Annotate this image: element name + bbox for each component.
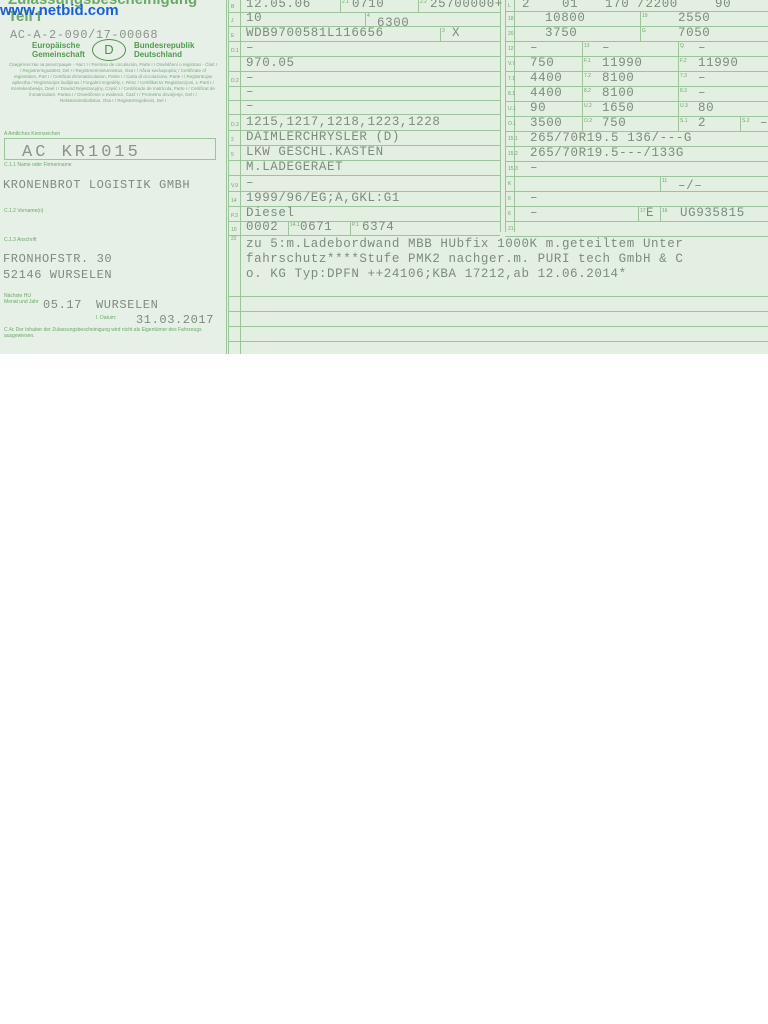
field-value: 10800: [545, 11, 586, 25]
remarks-label: 22: [231, 236, 237, 242]
field-value: 80: [698, 101, 714, 115]
cell-divider: [678, 42, 679, 56]
field-label: 12: [508, 46, 514, 52]
field-label: 6: [508, 196, 511, 202]
remarks-rule: [228, 341, 768, 342]
field-value: 8100: [602, 71, 634, 85]
field-value: X: [452, 26, 460, 40]
field-value: –: [698, 71, 706, 85]
field-value: 7050: [678, 26, 710, 40]
field-label: 15.2: [508, 151, 518, 157]
field-label: U.1: [508, 106, 516, 112]
cell-divider: [582, 102, 583, 116]
field-label: Q: [680, 43, 684, 49]
field-label: 8.1: [508, 91, 515, 97]
label-plate: A Amtliches Kennzeichen: [4, 131, 60, 137]
row-rule: [505, 41, 768, 42]
field-value: 90: [530, 101, 546, 115]
field-value: 8100: [602, 86, 634, 100]
remarks-rule: [228, 296, 768, 297]
next-hu-value: 05.17: [43, 298, 82, 312]
cell-divider: [350, 222, 351, 235]
cell-divider: [440, 28, 441, 41]
middle-separator: [500, 0, 501, 232]
remarks-rule: [228, 311, 768, 312]
field-label: B: [231, 4, 234, 10]
field-value: 10: [246, 11, 262, 25]
field-value: –: [246, 176, 254, 190]
cell-divider: [678, 87, 679, 101]
field-value: 6374: [362, 220, 394, 234]
field-label: 6: [508, 211, 511, 217]
label-column-line: [240, 0, 241, 354]
row-rule: [229, 100, 500, 101]
field-value: 3750: [545, 26, 577, 40]
row-rule: [505, 161, 768, 162]
field-label: 10: [231, 227, 237, 233]
cell-divider: [740, 117, 741, 131]
field-label: O.2: [584, 118, 592, 124]
remarks-line-1: zu 5:m.Ladebordwand MBB HUbfix 1000K m.g…: [246, 237, 683, 251]
field-value: –: [246, 41, 254, 55]
field-label: U.3: [680, 103, 688, 109]
field-label: 8.2: [584, 88, 591, 94]
field-label: P.3: [231, 213, 238, 219]
address-line2: 52146 WURSELEN: [3, 268, 112, 282]
document-left-panel: Zulassungsbescheinigung Teil I www.netbi…: [0, 0, 226, 354]
cell-divider: [678, 72, 679, 86]
row-rule: [505, 236, 768, 237]
field-value: –: [602, 41, 610, 55]
field-label: F.2: [680, 58, 687, 64]
field-value: 0002: [246, 220, 278, 234]
field-value: 0671: [300, 220, 332, 234]
field-value: –: [698, 41, 706, 55]
field-label: 7.1: [508, 76, 515, 82]
field-label: L: [508, 3, 511, 9]
field-label: 16: [662, 208, 668, 214]
label-name: C.1.1 Name oder Firmenname: [4, 162, 72, 168]
cell-divider: [678, 57, 679, 71]
cell-divider: [678, 102, 679, 116]
row-rule: [229, 71, 500, 72]
field-value: 265/70R19.5---/133G: [530, 146, 684, 160]
field-label: P.1: [352, 222, 359, 228]
field-label: 2.1: [342, 0, 349, 5]
field-label: O.1: [508, 121, 516, 127]
cell-divider: [582, 117, 583, 131]
cell-divider: [678, 117, 679, 131]
field-value: –/–: [678, 179, 702, 193]
field-value: 4400: [530, 71, 562, 85]
field-value: E: [646, 206, 654, 220]
field-value: –: [530, 161, 538, 175]
label-next-hu: Nächste HU Monat und Jahr: [4, 293, 44, 305]
label-firstname: C.1.2 Vorname(n): [4, 208, 43, 214]
field-value: 1999/96/EG;A,GKL:G1: [246, 191, 400, 205]
field-value: 4400: [530, 86, 562, 100]
field-value: –: [530, 41, 538, 55]
field-value: 750: [530, 56, 554, 70]
left-separator-2: [228, 0, 229, 354]
field-label: 7.2: [584, 73, 591, 79]
registration-document: Zulassungsbescheinigung Teil I www.netbi…: [0, 0, 768, 354]
field-value: 2: [522, 0, 530, 11]
field-label: 2: [231, 137, 234, 143]
field-value: –: [246, 99, 254, 113]
label-c4c: C.4c Der Inhaber der Zulassungsbescheini…: [4, 327, 219, 339]
cell-divider: [660, 177, 661, 191]
cell-divider: [582, 57, 583, 71]
field-value: –: [246, 85, 254, 99]
field-value: 90: [715, 0, 731, 11]
field-label: V.7: [508, 61, 515, 67]
field-value: 970.05: [246, 56, 295, 70]
field-value: 11990: [698, 56, 739, 70]
field-label: 3: [442, 28, 445, 34]
field-value: 1650: [602, 101, 634, 115]
country-code-oval: D: [92, 39, 126, 61]
field-label: 18: [508, 16, 514, 22]
cell-divider: [638, 207, 639, 221]
issue-date: 31.03.2017: [136, 313, 214, 327]
field-value: 170 /2200: [605, 0, 678, 11]
multilingual-header: Свидетелство за регистрация - Част I / P…: [8, 62, 218, 104]
cell-divider: [660, 207, 661, 221]
field-label: 14: [231, 198, 237, 204]
field-label: 19: [642, 13, 648, 19]
remarks-line-3: o. KG Typ:DPFN ++24106;KBA 17212,ab 12.0…: [246, 267, 627, 281]
remarks-rule: [228, 326, 768, 327]
cell-divider: [365, 13, 366, 26]
issue-place: WURSELEN: [96, 298, 158, 312]
field-value: –: [760, 116, 768, 130]
field-value: 11990: [602, 56, 643, 70]
field-label: D.1: [231, 48, 239, 54]
field-value: 12.05.06: [246, 0, 311, 11]
address-line1: FRONHOFSTR. 30: [3, 252, 112, 266]
field-label: 20: [508, 31, 514, 37]
label-address: C.1.3 Anschrift: [4, 237, 37, 243]
field-label: S.2: [742, 118, 750, 124]
field-label: K: [508, 181, 511, 187]
field-label: 21: [508, 226, 514, 232]
cell-divider: [340, 0, 341, 12]
field-value: 01: [562, 0, 578, 11]
label-date: I. Datum:: [96, 315, 116, 321]
watermark: www.netbid.com: [0, 2, 119, 19]
row-rule: [229, 86, 500, 87]
field-label: S.1: [680, 118, 688, 124]
row-rule: [505, 176, 768, 177]
field-value: 750: [602, 116, 626, 130]
field-label: 14.1: [290, 222, 300, 228]
field-label: 15.3: [508, 166, 518, 172]
cell-divider: [640, 12, 641, 26]
field-value: UG935815: [680, 206, 745, 220]
field-value: DAIMLERCHRYSLER (D): [246, 130, 400, 144]
field-value: 0710: [352, 0, 384, 11]
field-value: –: [698, 86, 706, 100]
field-label: 13: [584, 43, 590, 49]
field-label: 11: [662, 178, 667, 184]
field-label: 17: [640, 208, 646, 214]
field-value: 2550: [678, 11, 710, 25]
field-value: Diesel: [246, 206, 295, 220]
field-label: D.2: [231, 78, 239, 84]
row-rule: [229, 175, 500, 176]
field-label: 2.2: [420, 0, 427, 5]
remarks-line-2: fahrschutz****Stufe PMK2 nachger.m. PURI…: [246, 252, 683, 266]
cell-divider: [640, 27, 641, 41]
field-value: LKW GESCHL.KASTEN: [246, 145, 384, 159]
field-value: –: [246, 71, 254, 85]
eu-label-right: BundesrepublikDeutschland: [134, 41, 194, 59]
field-label: J: [231, 18, 234, 24]
cell-divider: [582, 72, 583, 86]
field-value: –: [530, 191, 538, 205]
field-value: 25700000+: [430, 0, 503, 11]
field-label: D.3: [231, 122, 239, 128]
field-label: F.1: [584, 58, 591, 64]
row-rule: [505, 191, 768, 192]
license-plate: AC KR1015: [22, 143, 141, 162]
holder-name: KRONENBROT LOGISTIK GMBH: [3, 178, 190, 192]
field-label: U.2: [584, 103, 592, 109]
field-value: –: [530, 206, 538, 220]
field-label: 8.3: [680, 88, 687, 94]
document-number: AC-A-2-090/17-00068: [10, 28, 158, 42]
field-value: WDB9700581L116656: [246, 26, 384, 40]
cell-divider: [582, 87, 583, 101]
cell-divider: [582, 42, 583, 56]
field-label: 15.1: [508, 136, 518, 142]
row-rule: [229, 41, 500, 42]
field-label: G: [642, 28, 646, 34]
field-value: 1215,1217,1218,1223,1228: [246, 115, 440, 129]
eu-label-left: EuropäischeGemeinschaft: [32, 41, 85, 59]
field-value: M.LADEGERAET: [246, 160, 343, 174]
field-value: 2: [698, 116, 706, 130]
field-label: 4: [367, 13, 370, 19]
field-value: 265/70R19.5 136/---G: [530, 131, 692, 145]
cell-divider: [418, 0, 419, 12]
field-value: 3500: [530, 116, 562, 130]
field-label: 7.3: [680, 73, 687, 79]
field-label: E: [231, 33, 234, 39]
field-label: 5: [231, 152, 234, 158]
cell-divider: [288, 222, 289, 235]
left-separator: [226, 0, 227, 354]
field-label: V.9: [231, 183, 238, 189]
row-rule: [229, 235, 500, 236]
row-rule: [505, 221, 768, 222]
